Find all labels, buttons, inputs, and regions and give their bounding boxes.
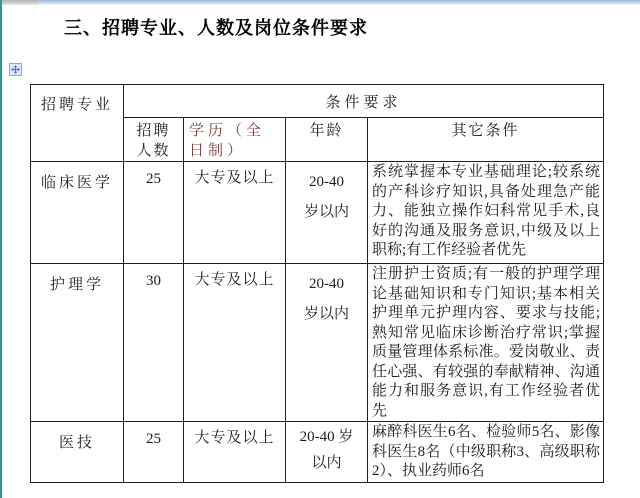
table-row-clinical-medicine: 临床医学 25 大专及以上 20-40 岁以内 系统掌握本专业基础理论;较系统的… xyxy=(31,162,604,264)
table-header-row-1: 招聘专业 条件要求 xyxy=(31,85,604,118)
cell-major: 医技 xyxy=(31,422,124,483)
four-way-arrow-icon xyxy=(11,65,20,74)
age-range: 20-40 岁 xyxy=(287,424,366,450)
age-range: 20-40 xyxy=(287,269,366,299)
page-left-edge-line xyxy=(0,0,2,498)
cell-count: 30 xyxy=(124,264,184,422)
header-other-conditions: 其它条件 xyxy=(368,118,604,162)
cell-count: 25 xyxy=(124,162,184,264)
section-title: 三、招聘专业、人数及岗位条件要求 xyxy=(64,14,368,40)
header-conditions-group: 条件要求 xyxy=(124,85,604,118)
cell-education: 大专及以上 xyxy=(184,264,286,422)
cell-age: 20-40 岁 以内 xyxy=(286,422,368,483)
header-education: 学历（全日制） xyxy=(184,118,286,162)
cell-education: 大专及以上 xyxy=(184,162,286,264)
header-recruit-major: 招聘专业 xyxy=(31,85,124,162)
document-page: { "page": { "title": "三、招聘专业、人数及岗位条件要求" … xyxy=(0,0,640,498)
table-row-medical-technology: 医技 25 大专及以上 20-40 岁 以内 麻醉科医生6名、检验师5名、影像科… xyxy=(31,422,604,483)
cell-age: 20-40 岁以内 xyxy=(286,264,368,422)
age-suffix: 以内 xyxy=(287,450,366,476)
age-suffix: 岁以内 xyxy=(287,299,366,329)
recruitment-table: 招聘专业 条件要求 招聘人数 学历（全日制） 年龄 其它条件 临床医学 25 大… xyxy=(30,84,604,483)
cell-other-conditions: 麻醉科医生6名、检验师5名、影像科医生8名（中级职称3、高级职称2）、执业药师6… xyxy=(368,422,604,483)
window-top-edge xyxy=(0,0,640,5)
cell-major: 临床医学 xyxy=(31,162,124,264)
header-age: 年龄 xyxy=(286,118,368,162)
table-move-handle-icon[interactable] xyxy=(9,63,22,76)
cell-major: 护理学 xyxy=(31,264,124,422)
cell-count: 25 xyxy=(124,422,184,483)
window-top-edge-left xyxy=(0,0,38,5)
header-recruit-count: 招聘人数 xyxy=(124,118,184,162)
cell-age: 20-40 岁以内 xyxy=(286,162,368,264)
age-range: 20-40 xyxy=(287,167,366,197)
age-suffix: 岁以内 xyxy=(287,197,366,227)
cell-other-conditions: 系统掌握本专业基础理论;较系统的产科诊疗知识,具备处理急产能力、能独立操作妇科常… xyxy=(368,162,604,264)
cell-other-conditions: 注册护士资质;有一般的护理学理论基础知识和专门知识;基本相关护理单元护理内容、要… xyxy=(368,264,604,422)
cell-education: 大专及以上 xyxy=(184,422,286,483)
table-row-nursing: 护理学 30 大专及以上 20-40 岁以内 注册护士资质;有一般的护理学理论基… xyxy=(31,264,604,422)
